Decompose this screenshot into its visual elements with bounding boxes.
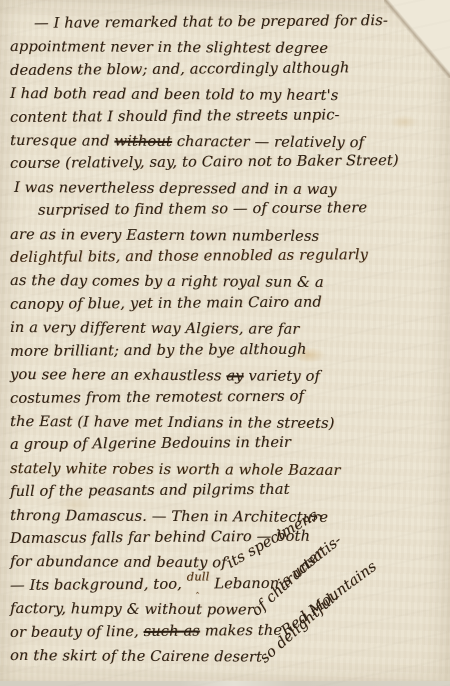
manuscript-line: Damascus falls far behind Cairo — both	[10, 524, 446, 551]
manuscript-line: a group of Algerine Bedouins in their	[10, 430, 446, 457]
manuscript-line: canopy of blue, yet in the main Cairo an…	[10, 289, 446, 316]
manuscript-line: costumes from the remotest corners of	[10, 383, 446, 410]
page-bottom-edge	[0, 681, 450, 686]
manuscript-line: full of the peasants and pilgrims that	[10, 477, 446, 504]
manuscript-line: more brilliant; and by the bye although	[10, 336, 446, 363]
manuscript-line: course (relatively, say, to Cairo not to…	[10, 149, 446, 176]
manuscript-line: deadens the blow; and, accordingly altho…	[10, 55, 446, 82]
manuscript-line: surprised to find them so — of course th…	[10, 196, 446, 223]
manuscript-line: — I have remarked that to be prepared fo…	[10, 9, 446, 36]
manuscript-line: content that I should find the streets u…	[10, 102, 446, 129]
manuscript-line: or beauty of line, such as makes the Red…	[10, 617, 446, 644]
letter-page: — I have remarked that to be prepared fo…	[0, 0, 450, 686]
manuscript-line: delightful bits, and those ennobled as r…	[10, 243, 446, 270]
letter-body: — I have remarked that to be prepared fo…	[0, 0, 450, 667]
manuscript-line: on the skirt of the Cairene desert so de…	[10, 644, 446, 670]
